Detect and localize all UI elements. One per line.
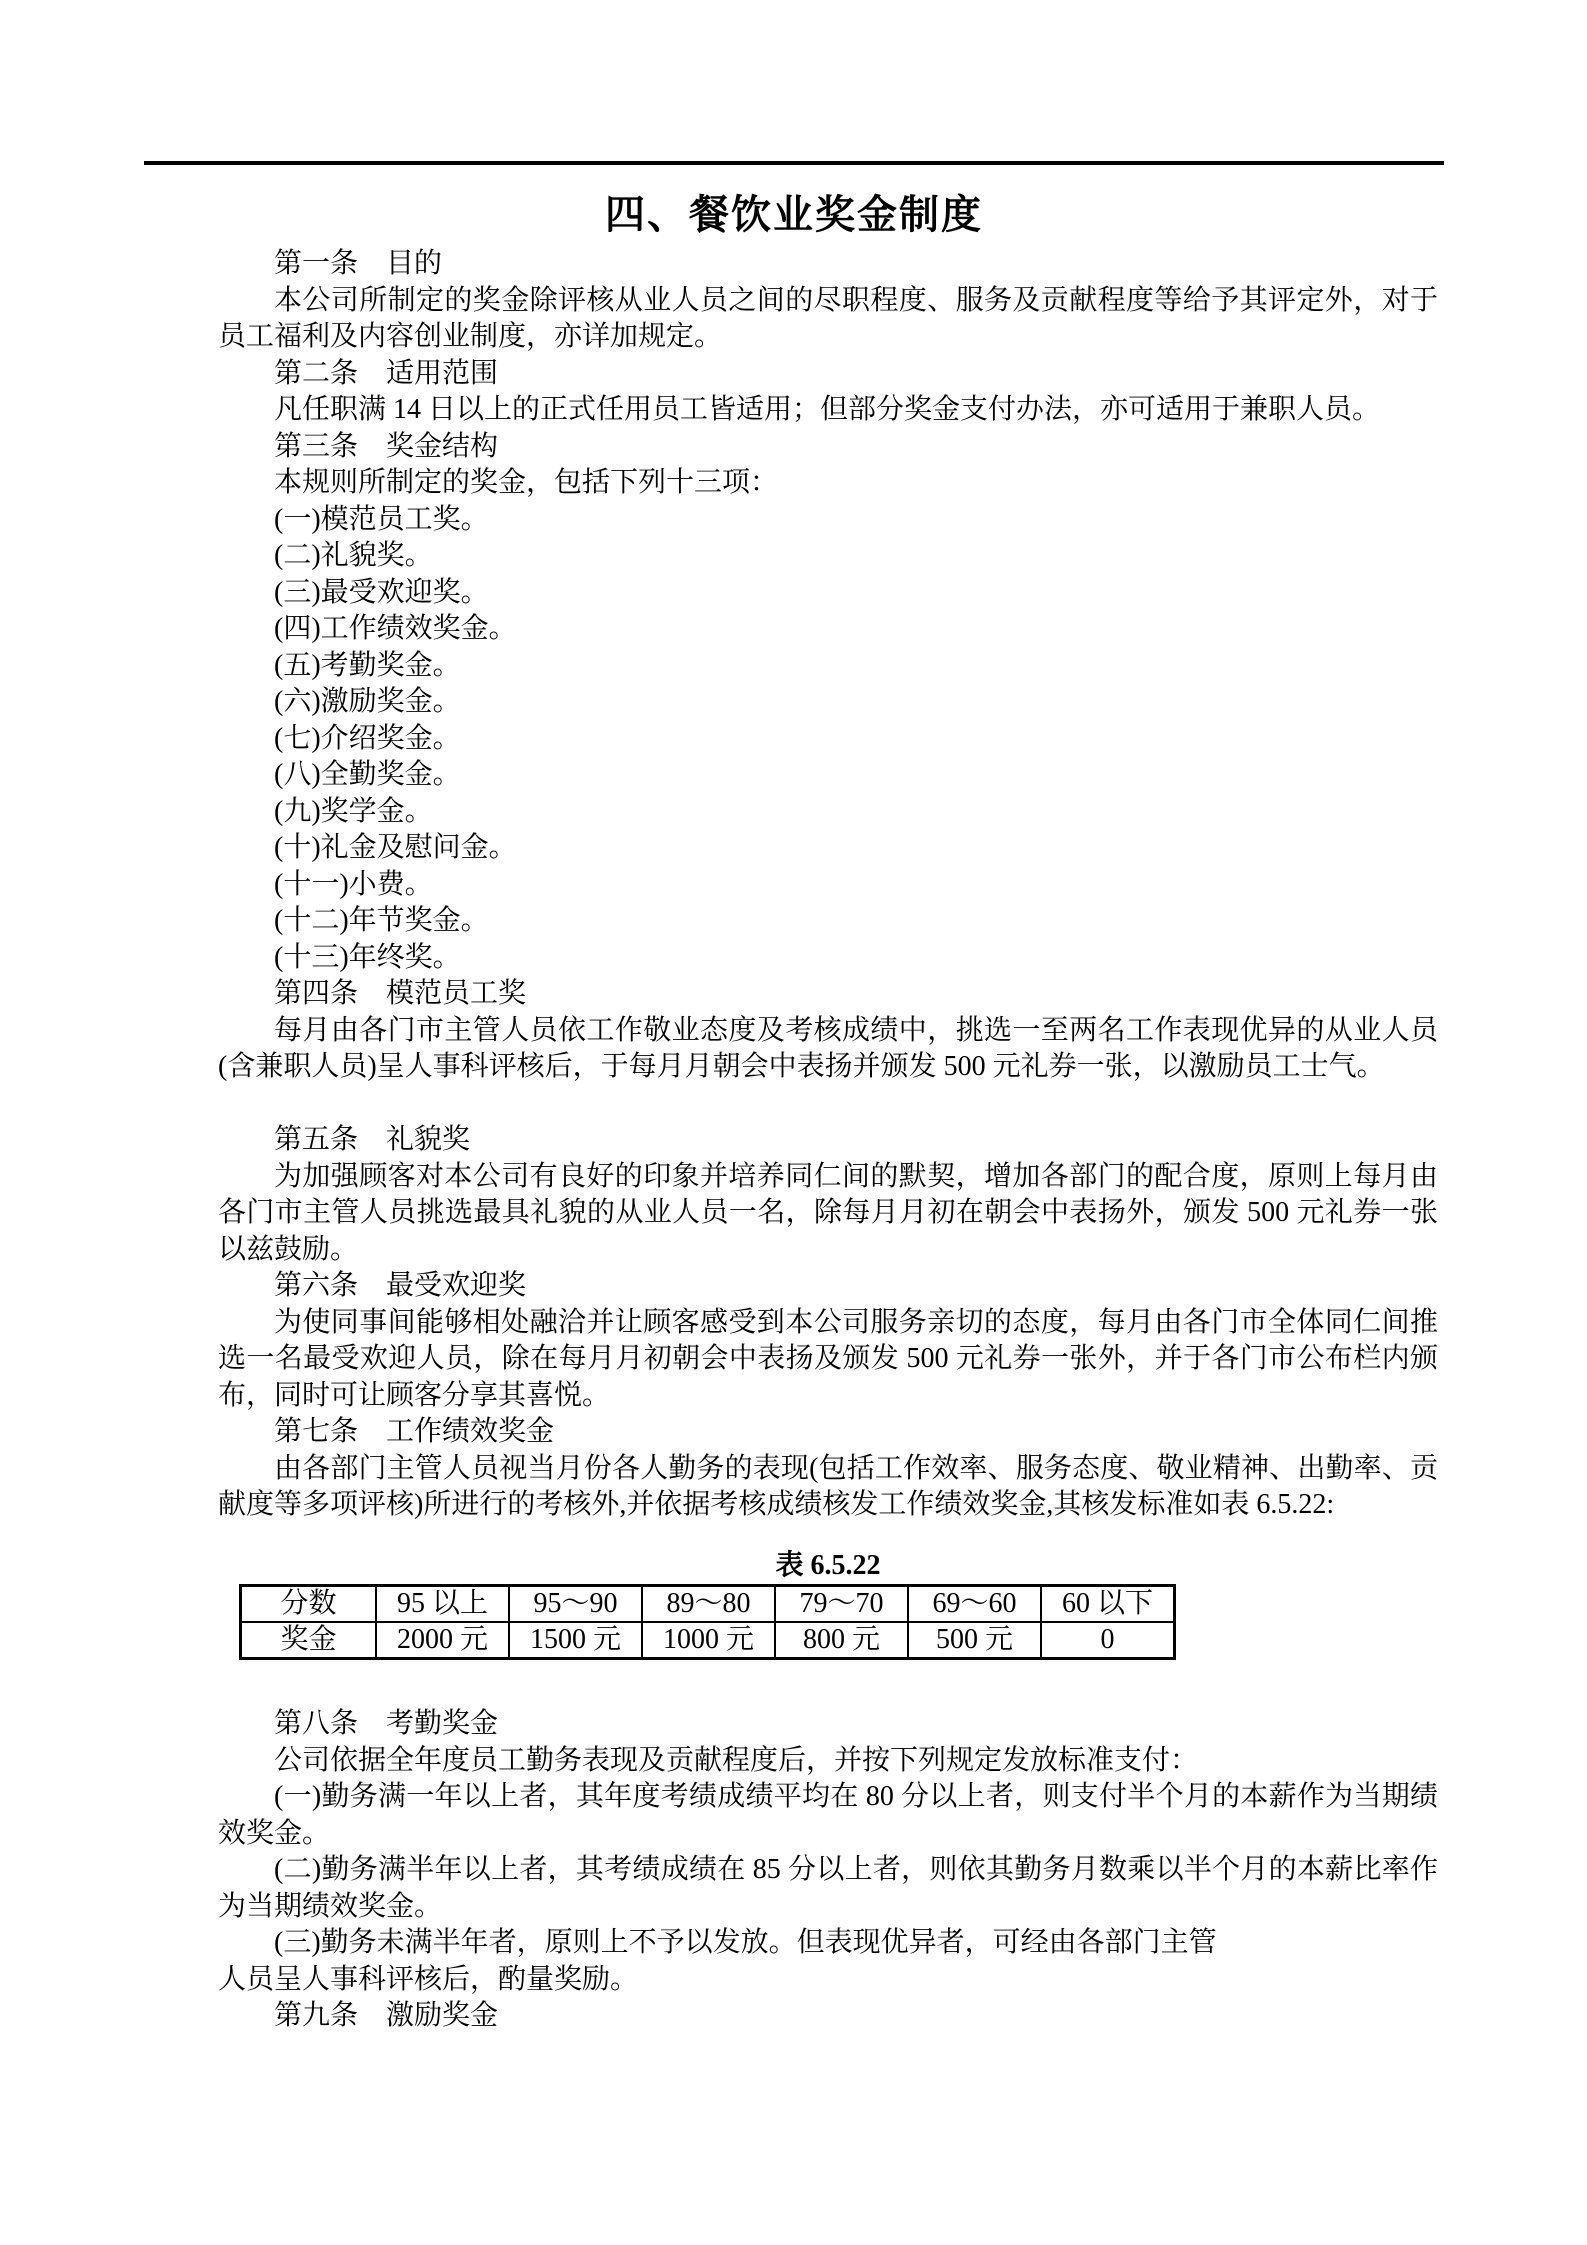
paragraph: 第三条 奖金结构 (218, 429, 1438, 466)
blank-line (218, 1086, 1438, 1123)
table-caption: 表 6.5.22 (218, 1548, 1438, 1585)
paragraph: 本公司所制定的奖金除评核从业人员之间的尽职程度、服务及贡献程度等给予其评定外，对… (218, 283, 1438, 356)
document-page: 四、餐饮业奖金制度 第一条 目的本公司所制定的奖金除评核从业人员之间的尽职程度、… (0, 0, 1587, 2245)
paragraph: 第四条 模范员工奖 (218, 976, 1438, 1013)
paragraph: (三)勤务未满半年者，原则上不予以发放。但表现优异者，可经由各部门主管 人员呈人… (218, 1925, 1438, 1998)
paragraph: (八)全勤奖金。 (218, 757, 1438, 794)
paragraph-list-after-table: 第八条 考勤奖金公司依据全年度员工勤务表现及贡献程度后，并按下列规定发放标准支付… (218, 1706, 1438, 2035)
paragraph: (二)勤务满半年以上者，其考绩成绩在 85 分以上者，则依其勤务月数乘以半个月的… (218, 1852, 1438, 1925)
paragraph: 由各部门主管人员视当月份各人勤务的表现(包括工作效率、服务态度、敬业精神、出勤率… (218, 1451, 1438, 1524)
paragraph: (六)激励奖金。 (218, 684, 1438, 721)
paragraph: 凡任职满 14 日以上的正式任用员工皆适用；但部分奖金支付办法，亦可适用于兼职人… (218, 392, 1438, 429)
table-cell: 79～70 (775, 1586, 908, 1623)
header-rule (144, 161, 1444, 165)
paragraph: 为使同事间能够相处融洽并让顾客感受到本公司服务亲切的态度，每月由各门市全体同仁间… (218, 1305, 1438, 1415)
paragraph: 第七条 工作绩效奖金 (218, 1414, 1438, 1451)
table-cell: 500 元 (908, 1622, 1041, 1659)
paragraph: (十二)年节奖金。 (218, 903, 1438, 940)
table-cell: 60 以下 (1041, 1586, 1175, 1623)
paragraph: (十三)年终奖。 (218, 940, 1438, 977)
table-cell: 0 (1041, 1622, 1175, 1659)
paragraph: 每月由各门市主管人员依工作敬业态度及考核成绩中，挑选一至两名工作表现优异的从业人… (218, 1013, 1438, 1086)
paragraph: (一)勤务满一年以上者，其年度考绩成绩平均在 80 分以上者，则支付半个月的本薪… (218, 1779, 1438, 1852)
paragraph: 为加强顾客对本公司有良好的印象并培养同仁间的默契，增加各部门的配合度，原则上每月… (218, 1159, 1438, 1269)
table-cell: 奖金 (241, 1622, 377, 1659)
paragraph: (二)礼貌奖。 (218, 538, 1438, 575)
paragraph: 公司依据全年度员工勤务表现及贡献程度后，并按下列规定发放标准支付： (218, 1743, 1438, 1780)
table-cell: 95 以上 (376, 1586, 509, 1623)
table-row: 奖金2000 元1500 元1000 元800 元500 元0 (241, 1622, 1175, 1659)
paragraph: 第五条 礼貌奖 (218, 1122, 1438, 1159)
paragraph: (四)工作绩效奖金。 (218, 611, 1438, 648)
table-cell: 800 元 (775, 1622, 908, 1659)
paragraph: (九)奖学金。 (218, 794, 1438, 831)
paragraph: 第一条 目的 (218, 246, 1438, 283)
table-cell: 89～80 (642, 1586, 775, 1623)
table-cell: 2000 元 (376, 1622, 509, 1659)
paragraph: (七)介绍奖金。 (218, 721, 1438, 758)
document-title: 四、餐饮业奖金制度 (144, 190, 1444, 240)
paragraph: (五)考勤奖金。 (218, 648, 1438, 685)
paragraph: 第六条 最受欢迎奖 (218, 1268, 1438, 1305)
document-body: 第一条 目的本公司所制定的奖金除评核从业人员之间的尽职程度、服务及贡献程度等给予… (218, 246, 1438, 2035)
paragraph: (一)模范员工奖。 (218, 502, 1438, 539)
table-cell: 1000 元 (642, 1622, 775, 1659)
table-cell: 1500 元 (509, 1622, 642, 1659)
table-cell: 分数 (241, 1586, 377, 1623)
paragraph: 第九条 激励奖金 (218, 1998, 1438, 2035)
paragraph: (三)最受欢迎奖。 (218, 575, 1438, 612)
paragraph: (十一)小费。 (218, 867, 1438, 904)
paragraph: 第二条 适用范围 (218, 356, 1438, 393)
bonus-table: 分数95 以上95～9089～8079～7069～6060 以下奖金2000 元… (239, 1584, 1176, 1660)
paragraph-list: 第一条 目的本公司所制定的奖金除评核从业人员之间的尽职程度、服务及贡献程度等给予… (218, 246, 1438, 1524)
table-cell: 69～60 (908, 1586, 1041, 1623)
paragraph: 第八条 考勤奖金 (218, 1706, 1438, 1743)
table-row: 分数95 以上95～9089～8079～7069～6060 以下 (241, 1586, 1175, 1623)
paragraph: (十)礼金及慰问金。 (218, 830, 1438, 867)
bonus-table-body: 分数95 以上95～9089～8079～7069～6060 以下奖金2000 元… (241, 1586, 1175, 1659)
paragraph: 本规则所制定的奖金，包括下列十三项： (218, 465, 1438, 502)
table-cell: 95～90 (509, 1586, 642, 1623)
